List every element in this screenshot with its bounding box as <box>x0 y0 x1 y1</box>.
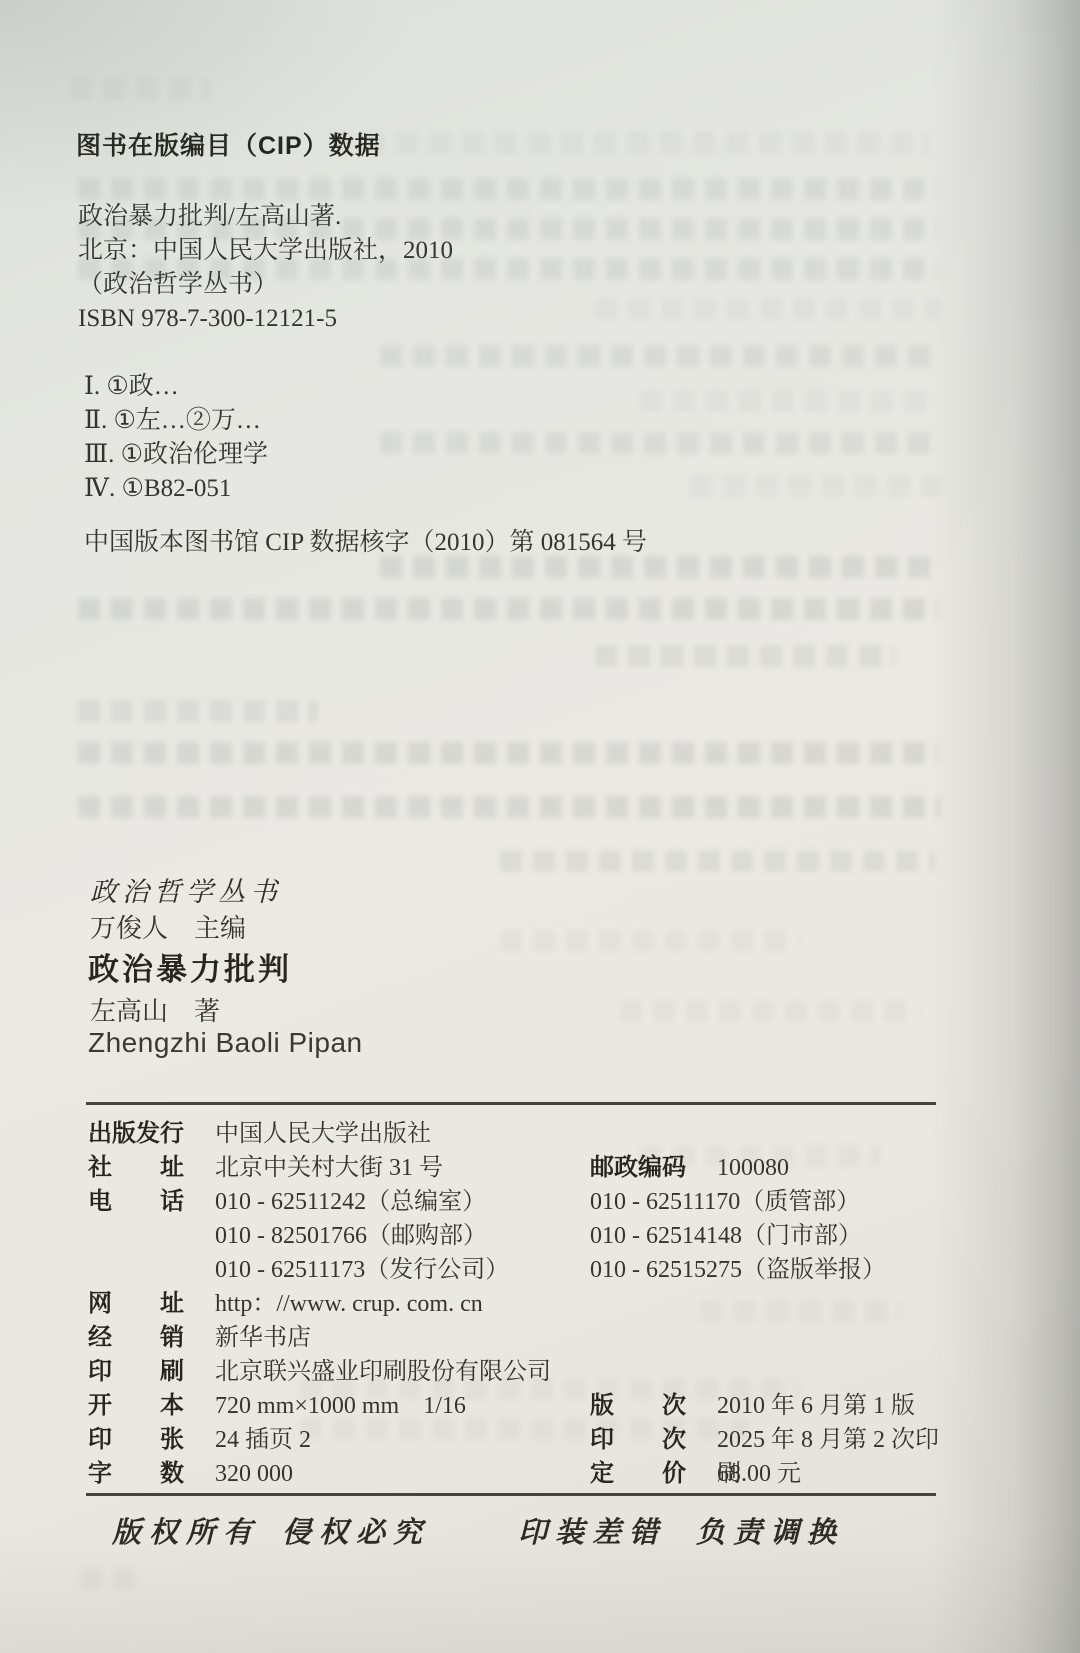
cip-record-number: 中国版本图书馆 CIP 数据核字（2010）第 081564 号 <box>84 522 647 558</box>
series-editor: 万俊人 主编 <box>90 908 246 945</box>
wordcount-label: 字 数 <box>88 1457 215 1491</box>
bleedthrough-line <box>380 432 935 454</box>
photo-shading-topleft <box>0 0 420 220</box>
bleedthrough-line <box>620 1000 920 1022</box>
cip-classification-block: Ⅰ. ①政… Ⅱ. ①左…②万… Ⅲ. ①政治伦理学 Ⅳ. ①B82-051 <box>84 370 268 506</box>
bleedthrough-line <box>500 930 800 952</box>
bleedthrough-line <box>690 475 940 497</box>
colophon-row-phone-3: 010 - 62511173（发行公司） 010 - 62515275（盗版举报… <box>88 1253 940 1287</box>
publisher-label: 出版发行 <box>88 1117 215 1151</box>
book-title: 政治暴力批判 <box>88 944 292 989</box>
phone-label: 电 话 <box>88 1185 215 1219</box>
colophon-row-printer: 印 刷 北京联兴盛业印刷股份有限公司 <box>88 1355 940 1389</box>
distributor-value: 新华书店 <box>215 1321 940 1355</box>
sheets-label: 印 张 <box>88 1423 215 1457</box>
printer-value: 北京联兴盛业印刷股份有限公司 <box>215 1355 940 1389</box>
distributor-label: 经 销 <box>88 1321 215 1355</box>
phone-left-1: 010 - 62511242（总编室） <box>215 1185 590 1219</box>
colophon-row-website: 网 址 http：//www. crup. com. cn <box>88 1287 940 1321</box>
phone-left-2: 010 - 82501766（邮购部） <box>215 1219 590 1253</box>
colophon-row-sheets-impression: 印 张 24 插页 2 印 次 2025 年 8 月第 2 次印刷 <box>88 1423 940 1457</box>
book-copyright-page: 图书在版编目（CIP）数据 政治暴力批判/左高山著. 北京：中国人民大学出版社，… <box>0 0 1080 1653</box>
notice-printing-defect: 印装差错 <box>518 1510 666 1551</box>
cip-header: 图书在版编目（CIP）数据 <box>76 126 381 162</box>
cip-series-line: （政治哲学丛书） <box>78 268 453 302</box>
classification-line-2: Ⅱ. ①左…②万… <box>84 404 268 438</box>
series-title: 政治哲学丛书 <box>90 870 282 909</box>
edition-value: 2010 年 6 月第 1 版 <box>717 1389 940 1423</box>
photo-shading-right <box>930 0 1080 1653</box>
bleedthrough-line <box>595 298 940 320</box>
postcode-label: 邮政编码 <box>590 1151 717 1185</box>
sheets-value: 24 插页 2 <box>215 1423 590 1457</box>
bleedthrough-line <box>595 645 895 667</box>
copyright-notice: 版权所有 侵权必究 印装差错 负责调换 <box>112 1510 844 1551</box>
bleedthrough-line <box>380 345 935 367</box>
colophon-row-phone-2: 010 - 82501766（邮购部） 010 - 62514148（门市部） <box>88 1219 940 1253</box>
format-label: 开 本 <box>88 1389 215 1423</box>
colophon-row-format-edition: 开 本 720 mm×1000 mm 1/16 版 次 2010 年 6 月第 … <box>88 1389 940 1423</box>
address-label: 社 址 <box>88 1151 215 1185</box>
divider-rule-top <box>86 1102 936 1105</box>
phone-left-3: 010 - 62511173（发行公司） <box>215 1253 590 1287</box>
cip-isbn-line: ISBN 978-7-300-12121-5 <box>78 302 453 336</box>
cip-title-line: 政治暴力批判/左高山著. <box>78 200 453 234</box>
price-value: 68.00 元 <box>717 1457 940 1491</box>
book-author: 左高山 著 <box>90 991 220 1028</box>
bleedthrough-line <box>70 78 210 100</box>
notice-rights-reserved: 版权所有 <box>112 1510 260 1551</box>
classification-line-3: Ⅲ. ①政治伦理学 <box>84 438 268 472</box>
notice-replacement: 负责调换 <box>696 1510 844 1551</box>
wordcount-value: 320 000 <box>215 1457 590 1491</box>
edition-label: 版 次 <box>590 1389 717 1423</box>
colophon-row-address: 社 址 北京中关村大街 31 号 邮政编码 100080 <box>88 1151 940 1185</box>
bleedthrough-line <box>78 796 940 818</box>
divider-rule-bottom <box>86 1493 936 1496</box>
bleedthrough-line <box>640 390 935 412</box>
classification-line-4: Ⅳ. ①B82-051 <box>84 472 268 506</box>
cip-publisher-line: 北京：中国人民大学出版社，2010 <box>78 234 453 268</box>
bleedthrough-line <box>80 1568 135 1590</box>
phone-right-2: 010 - 62514148（门市部） <box>590 1219 940 1253</box>
bleedthrough-line <box>78 700 318 722</box>
phone-right-3: 010 - 62515275（盗版举报） <box>590 1253 940 1287</box>
bleedthrough-line <box>78 598 938 620</box>
publisher-value: 中国人民大学出版社 <box>215 1117 940 1151</box>
bleedthrough-line <box>500 850 935 872</box>
book-title-pinyin: Zhengzhi Baoli Pipan <box>88 1027 363 1059</box>
impression-label: 印 次 <box>590 1423 717 1457</box>
address-value: 北京中关村大街 31 号 <box>215 1151 590 1185</box>
colophon-row-wordcount-price: 字 数 320 000 定 价 68.00 元 <box>88 1457 940 1491</box>
format-value: 720 mm×1000 mm 1/16 <box>215 1389 590 1423</box>
website-label: 网 址 <box>88 1287 215 1321</box>
cip-description-block: 政治暴力批判/左高山著. 北京：中国人民大学出版社，2010 （政治哲学丛书） … <box>78 200 453 336</box>
website-value: http：//www. crup. com. cn <box>215 1287 940 1321</box>
bleedthrough-line <box>380 556 938 578</box>
postcode-value: 100080 <box>717 1151 940 1185</box>
price-label: 定 价 <box>590 1457 717 1491</box>
photo-shading-bottom <box>0 1533 1080 1653</box>
colophon-row-publisher: 出版发行 中国人民大学出版社 <box>88 1117 940 1151</box>
colophon-table: 出版发行 中国人民大学出版社 社 址 北京中关村大街 31 号 邮政编码 100… <box>88 1117 940 1491</box>
bleedthrough-line <box>330 132 930 154</box>
colophon-row-distributor: 经 销 新华书店 <box>88 1321 940 1355</box>
phone-right-1: 010 - 62511170（质管部） <box>590 1185 940 1219</box>
bleedthrough-line <box>78 178 938 200</box>
colophon-row-phone-1: 电 话 010 - 62511242（总编室） 010 - 62511170（质… <box>88 1185 940 1219</box>
bleedthrough-line <box>78 742 938 764</box>
classification-line-1: Ⅰ. ①政… <box>84 370 268 404</box>
notice-infringement: 侵权必究 <box>282 1510 430 1551</box>
printer-label: 印 刷 <box>88 1355 215 1389</box>
